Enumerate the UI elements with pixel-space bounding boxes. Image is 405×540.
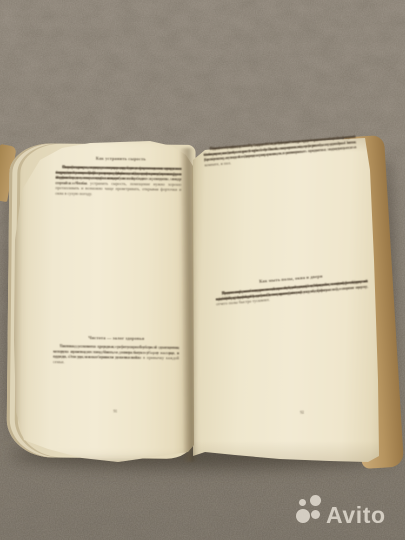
avito-logo-dot-icon — [311, 510, 320, 519]
avito-logo-dot-icon — [310, 495, 321, 506]
book-photo-scene: Как устранить сырость Сырость в жилых по… — [0, 0, 405, 540]
left-page-number: 91 — [52, 408, 178, 414]
left-page-running-head: Как устранить сырость — [60, 155, 182, 162]
avito-wordmark: Avito — [326, 502, 386, 529]
body-paragraph: Все эти меры, применяемые настойчиво и п… — [56, 165, 182, 177]
left-page-section-heading: Чистота — залог здоровья — [53, 335, 179, 342]
body-paragraph: Чистота достигается прежде всего регуляр… — [53, 344, 179, 367]
left-page-text: Как устранить сырость Сырость в жилых по… — [52, 155, 182, 423]
left-page-body-top: Сырость в жилых помещениях чаще всего по… — [53, 165, 181, 332]
right-page-text: Обувь и принадлежности верхней одежды не… — [203, 134, 380, 436]
gutter-shadow — [179, 148, 199, 462]
left-page-body-bottom: Главным условием здоровья, работоспособн… — [52, 344, 179, 406]
right-page-body-bottom: Крашеные полы ежедневно подметают влажны… — [215, 279, 378, 412]
avito-logo-dot-icon — [296, 509, 310, 523]
right-page-body-top: Обувь и принадлежности верхней одежды не… — [203, 134, 366, 277]
avito-logo-dot-icon — [299, 499, 306, 506]
